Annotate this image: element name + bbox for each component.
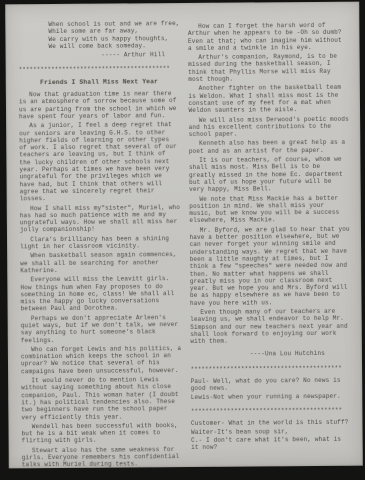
section-divider: ****************************************… xyxy=(191,364,352,373)
two-column-layout: When school is out and we are free, Whil… xyxy=(5,2,363,469)
joke-line: Paul- Well, what do you care? No news is… xyxy=(191,377,352,393)
article-paragraph: Clara's brilliancy has been a shining li… xyxy=(20,235,181,251)
article-paragraph: Everyone will miss the Leavitt girls. Ho… xyxy=(20,275,181,313)
article-paragraph: Even though many of our teachers are lea… xyxy=(190,308,351,346)
left-column: When school is out and we are free, Whil… xyxy=(18,18,182,468)
joke-line: Customer- What in the world is this stuf… xyxy=(191,419,352,428)
article-paragraph: We note that Miss Mackie has a better po… xyxy=(189,194,350,224)
article-paragraph: Wendell has been successful with books, … xyxy=(21,422,182,445)
joke-line: Waiter-It's bean soup sir, xyxy=(191,427,352,436)
article-paragraph: It would never do to mention Lewis witho… xyxy=(21,376,182,421)
poem-attribution: ----- Arthur Hill xyxy=(49,51,180,59)
article-paragraph: Perhaps we don't appreciate Arleen's qui… xyxy=(21,314,182,344)
section-divider: ****************************************… xyxy=(191,407,352,416)
article-signature: ----Una Lou Hutchins xyxy=(190,350,351,359)
poem-closing-stanza: When school is out and we are free, Whil… xyxy=(48,20,179,60)
article-paragraph: It is our teachers, of course, whom we s… xyxy=(189,156,350,194)
section-divider: ****************************************… xyxy=(19,66,180,75)
joke-line: Lewis-Not when your running a newspaper. xyxy=(191,392,352,401)
joke-line: C.- I don't care what it's been, what is… xyxy=(191,436,352,452)
article-paragraph: How I shall miss my"sister", Muriel, who… xyxy=(20,204,181,234)
article-paragraph: Mr. Byford, we are glad to hear that you… xyxy=(189,225,350,307)
article-paragraph: Arthur's companion, Raymond, is to be mi… xyxy=(188,53,349,83)
right-column: How can I forget the harsh word of Arthu… xyxy=(188,17,352,469)
joke-customer-waiter: Customer- What in the world is this stuf… xyxy=(191,419,352,451)
article-title: Friends I Shall Miss Next Year xyxy=(19,78,180,87)
article-paragraph: We will also miss Derwood's poetic moods… xyxy=(189,115,350,138)
poem-line: We will come back someday. xyxy=(48,42,179,50)
article-paragraph: How can I forget the harsh word of Arthu… xyxy=(188,22,349,52)
joke-paul-lewis: Paul- Well, what do you care? No news is… xyxy=(191,377,352,401)
article-paragraph: As a junior, I feel a deep regret that o… xyxy=(19,121,180,203)
scanned-page-frame: When school is out and we are free, Whil… xyxy=(0,0,365,480)
article-paragraph: Now that graduation time is near there i… xyxy=(19,90,180,120)
article-paragraph: Who can forget Lewis and his politics, a… xyxy=(21,345,182,375)
article-paragraph: Stewart also has the same weakness for g… xyxy=(22,446,183,469)
article-paragraph: When basketball season again commences, … xyxy=(20,251,181,274)
newsletter-page: When school is out and we are free, Whil… xyxy=(5,2,363,469)
article-paragraph: Kenneth also has been a great help as a … xyxy=(189,139,350,155)
article-paragraph: Another fighter on the basketball team i… xyxy=(188,84,349,114)
